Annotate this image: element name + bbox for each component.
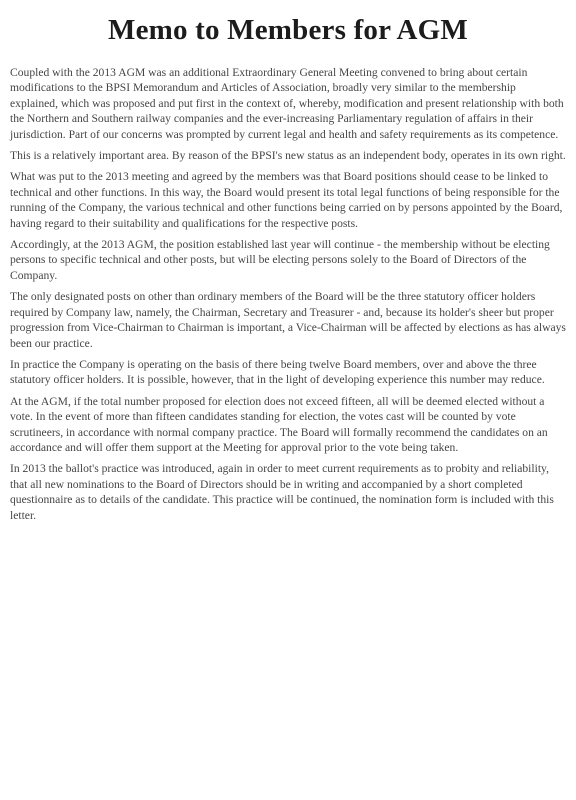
memo-paragraph: Accordingly, at the 2013 AGM, the positi… [10, 237, 566, 283]
memo-title: Memo to Members for AGM [10, 14, 566, 47]
memo-paragraph: The only designated posts on other than … [10, 289, 566, 351]
memo-paragraph: At the AGM, if the total number proposed… [10, 394, 566, 456]
memo-paragraph: In practice the Company is operating on … [10, 357, 566, 388]
memo-paragraph: In 2013 the ballot's practice was introd… [10, 461, 566, 523]
memo-page: Memo to Members for AGM Coupled with the… [0, 0, 576, 800]
memo-paragraph: This is a relatively important area. By … [10, 148, 566, 163]
memo-paragraph: Coupled with the 2013 AGM was an additio… [10, 65, 566, 142]
memo-paragraph: What was put to the 2013 meeting and agr… [10, 169, 566, 231]
